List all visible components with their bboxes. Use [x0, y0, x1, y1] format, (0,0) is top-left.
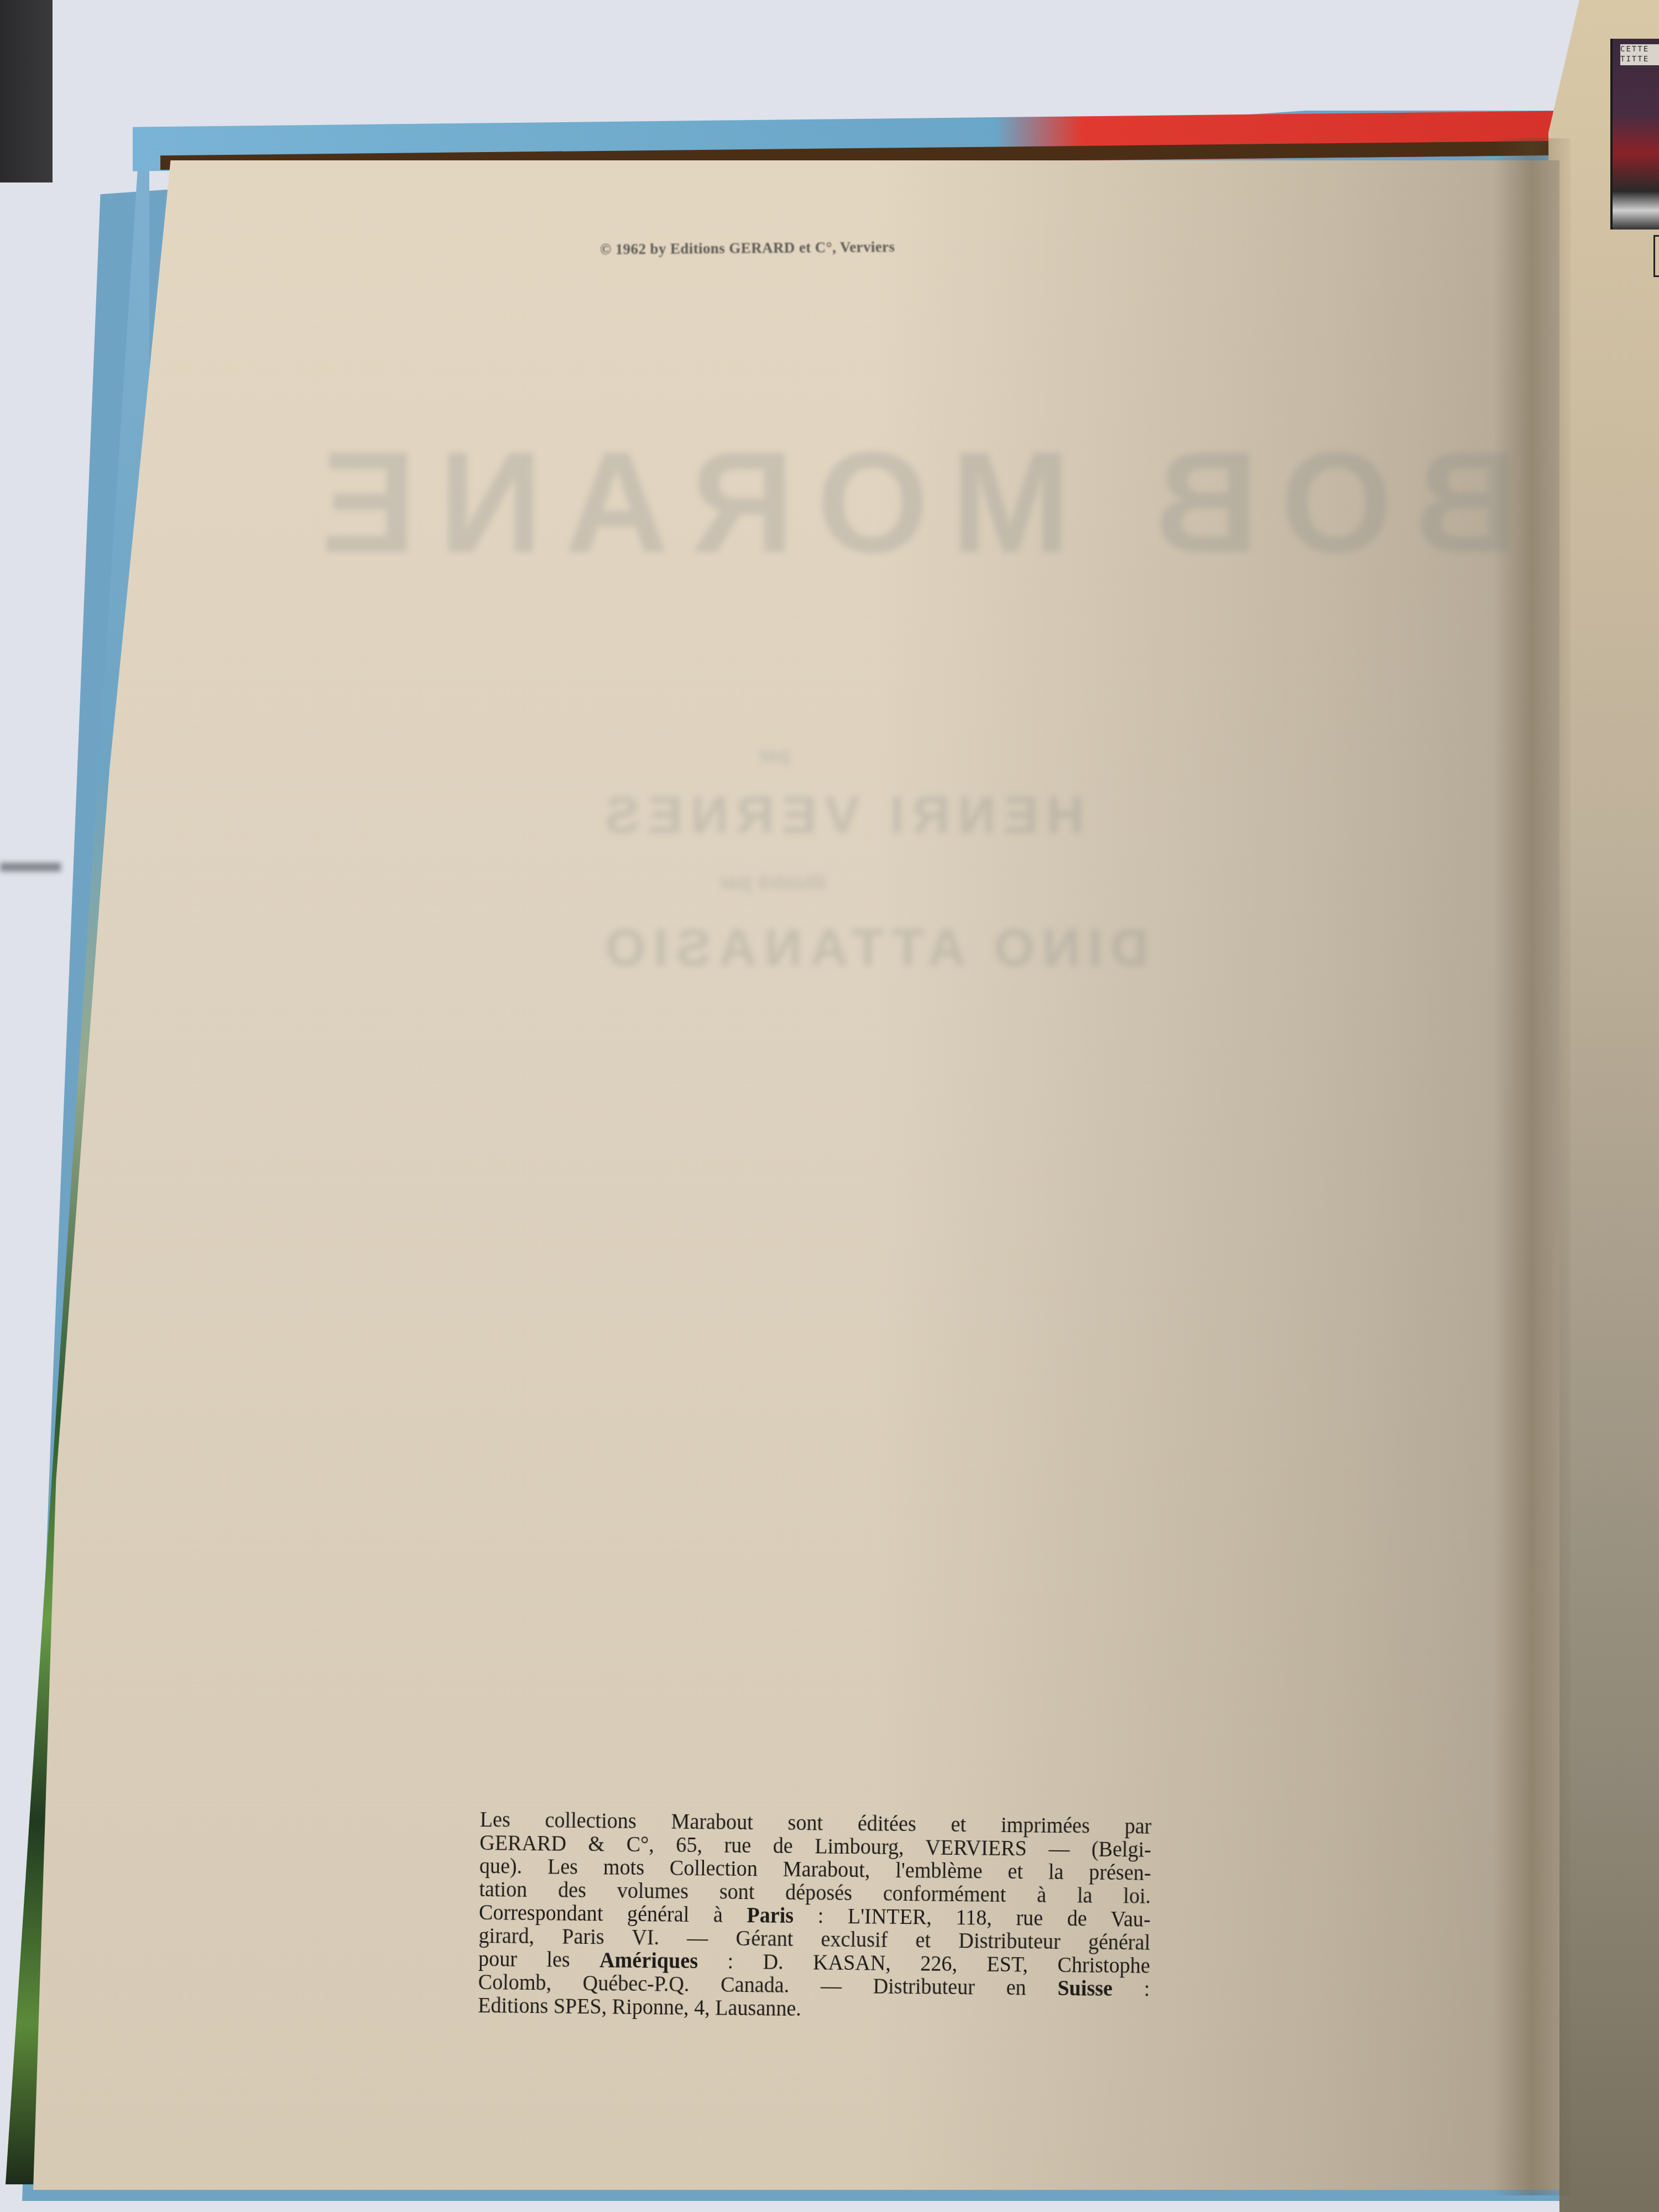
showthrough-artist: DINO ATTANASIO — [597, 918, 1148, 978]
dark-object-background — [0, 0, 53, 182]
facing-page-comic-panel — [1610, 39, 1659, 229]
showthrough-author: HENRI VERNES — [597, 785, 1084, 846]
showthrough-by: par — [758, 744, 790, 768]
showthrough-illustrated-by: illustré par — [719, 871, 826, 895]
facing-page-panel-frame — [1653, 235, 1659, 277]
imprint-bold-place: Suisse — [1057, 1975, 1113, 2001]
imprint-bold-place: Paris — [747, 1902, 794, 1928]
showthrough-title: BOB MORANE — [299, 420, 1519, 586]
imprint-block: Les collections Marabout sont éditées et… — [478, 1807, 1151, 2023]
facing-page-panel-caption: CETTE TITTE — [1620, 44, 1659, 65]
desk-shadow — [0, 863, 61, 872]
imprint-bold-place: Amériques — [599, 1947, 698, 1973]
